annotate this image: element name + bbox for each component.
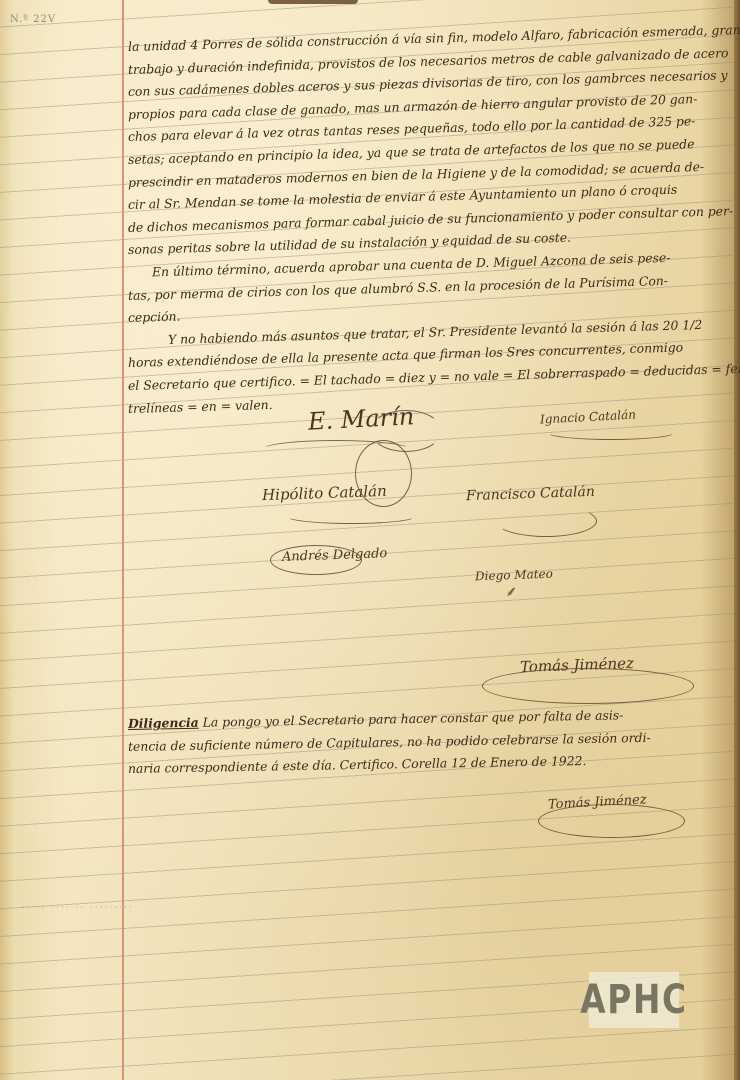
signature-diego: Diego Mateo: [475, 567, 553, 584]
archive-watermark: APHC: [589, 972, 679, 1028]
minutes-body: la unidad 4 Porres de sólida construcció…: [128, 36, 724, 420]
manuscript-page: N.º 22V la unidad 4 Porres de sólida con…: [0, 0, 740, 1080]
signature-oval: [270, 545, 362, 575]
margin-rule: [122, 0, 124, 1080]
signature-flourish: [545, 424, 677, 440]
page-edge: [734, 0, 740, 1080]
signature-flourish: [260, 440, 412, 460]
folio-number: N.º 22V: [10, 14, 56, 25]
ink-blot: [268, 0, 358, 4]
signature-rubric: ⸙: [505, 582, 516, 601]
signature-flourish: [285, 508, 417, 524]
diligencia-block: Diligencia La pongo yo el Secretario par…: [128, 713, 724, 781]
diligencia-text: La pongo yo el Secretario para hacer con…: [203, 707, 624, 729]
diligencia-heading: Diligencia: [128, 715, 199, 731]
signature-flourish: [495, 505, 597, 537]
watermark-text: APHC: [580, 977, 688, 1023]
signature-flourish: [482, 668, 694, 704]
bleedthrough-text: ·· ·· ···· ·· ·········: [22, 903, 134, 913]
signature-flourish: [538, 804, 685, 838]
